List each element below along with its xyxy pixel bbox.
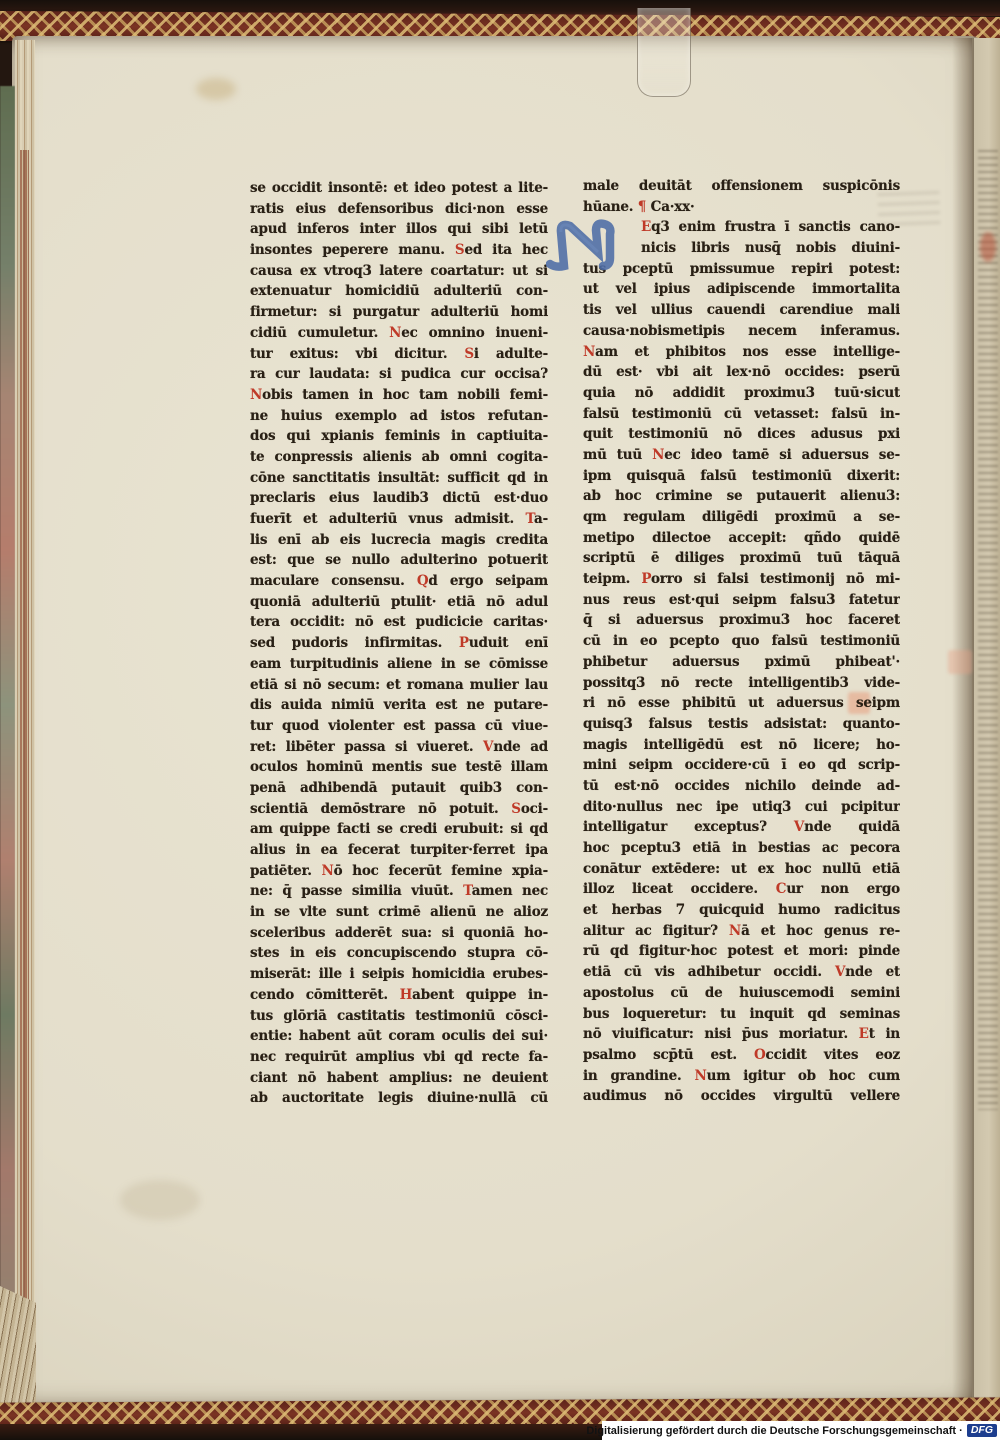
text-line: causa·nobismetipis necem inferamus. [583,321,900,342]
text-line: nus reus est·qui seipm falsu3 fatetur [583,590,900,611]
text-line: fuerīt et adulteriū vnus admisit. Ta- [250,509,548,530]
text-line: ratis eius defensoribus dici·non esse [250,199,548,220]
text-line: maculare consensu. Qd ergo seipam [250,571,548,592]
text-line: etiā si nō secum: et romana mulier lau [250,675,548,696]
text-line: tus glōriā castitatis testimoniū cōsci- [250,1006,548,1027]
text-line: se occidit insontē: et ideo potest a lit… [250,178,548,199]
text-line: apostolus cū de huiuscemodi semini [583,983,900,1004]
text-line: cōne sanctitatis insultāt: sufficit qd i… [250,468,548,489]
text-line: tus pceptū pmissumue repiri potest: [583,259,900,280]
text-line: am quippe facti se credi erubuit: si qd [250,819,548,840]
text-line: et herbas 7 quicquid humo radicitus [583,900,900,921]
text-line: magis intelligēdū est nō licere; ho- [583,735,900,756]
text-line: conātur extēdere: ut ex hoc nullū etiā [583,859,900,880]
page-fold-shadow [952,38,974,1408]
text-line: quit testimoniū nō dices adusus pxi [583,424,900,445]
digitization-credit-bar: Digitalisierung gefördert durch die Deut… [602,1421,1000,1440]
text-line: rū qd figitur·hoc potest et mori: pinde [583,941,900,962]
facing-page-illumination-sliver [0,86,15,1376]
text-line: dis auida nimiū verita est ne putare- [250,695,548,716]
cover-edge-bottom [0,1424,620,1440]
text-line: in se vlte sunt crimē alienū ne alioz [250,902,548,923]
text-line: apud inferos inter illos qui sibi letū [250,219,548,240]
credit-text: Digitalisierung gefördert durch die Deut… [586,1425,963,1437]
text-line: quia nō addidit proximu3 tuū·sicut [583,383,900,404]
text-line: preclaris eius laudib3 dictū est·duo [250,488,548,509]
text-line: entie: habent aūt coram oculis dei sui· [250,1026,548,1047]
text-line: cendo cōmitterēt. Habent quippe in- [250,985,548,1006]
text-line: metipo dilectoe accepit: qñdo quidē [583,528,900,549]
text-line: teipm. Porro si falsi testimonij nō mi- [583,569,900,590]
text-line: ciant nō habent amplius: ne deuient [250,1068,548,1089]
text-line: bus loqueretur: tu inquit qd seminas [583,1004,900,1025]
text-line: causa ex vtroq3 latere coartatur: ut si [250,261,548,282]
text-line: cidiū cumuletur. Nec omnino inueni- [250,323,548,344]
text-line: ut vel ipius adipiscende immortalita [583,279,900,300]
text-line: lis enī ab eis lucrecia magis credita [250,530,548,551]
text-line: phibetur aduersus pximū phibeat'· [583,652,900,673]
text-line: male deuitāt offensionem suspicōnis [583,176,900,197]
dfg-logo: DFG [967,1424,997,1438]
text-line: ne: q̄ passe similia viuūt. Tamen nec [250,881,548,902]
text-line: intelligatur exceptus? Vnde quidā [583,817,900,838]
leaf-edge-red-lines [20,150,29,1300]
text-line: etiā cū vis adhibetur occidi. Vnde et [583,962,900,983]
text-column-left: se occidit insontē: et ideo potest a lit… [250,178,548,1109]
text-line: penā adhibendā putauit quib3 con- [250,778,548,799]
text-line: patiēter. Nō hoc fecerūt femine xpia- [250,861,548,882]
text-line: tū est·nō occides nichilo deinde ad- [583,776,900,797]
text-line: miserāt: ille i seipis homicidia erubes- [250,964,548,985]
text-line: tis vel ullius cauendi carendiue mali [583,300,900,321]
text-line: scientiā demōstrare nō potuit. Soci- [250,799,548,820]
text-line: ab hoc crimine se putauerit alienu3: [583,486,900,507]
text-line: possitq3 nō recte intelligentib3 vide- [583,673,900,694]
text-line: Eq3 enim frustra ī sanctis cano- [583,217,900,238]
text-line: nicis libris nusq̄ nobis diuini- [583,238,900,259]
text-line: alitur ac figitur? Nā et hoc genus re- [583,921,900,942]
text-line: ipm quisquā falsū testimoniū dixerit: [583,466,900,487]
next-leaf-showthrough-text [978,150,998,1110]
text-line: Nobis tamen in hoc tam nobili femi- [250,385,548,406]
text-line: firmetur: si purgatur adulteriū homi [250,302,548,323]
text-line: dos qui xpianis feminis in captiuita- [250,426,548,447]
text-line: te conpressis alienis ab omni cogita- [250,447,548,468]
text-line: qm regulam diligēdi proximū a se- [583,507,900,528]
text-line: scriptū ē diliges proximū tuū tāquā [583,548,900,569]
text-line: extenuatur homicidiū adulteriū con- [250,281,548,302]
text-line: alius in ea fecerat turpiter·ferret ipa [250,840,548,861]
initial-N-icon [546,214,626,276]
text-line: quoniā adulteriū ptulit· etiā nō adul [250,592,548,613]
text-line: sceleribus adderēt sua: si quoniā ho- [250,923,548,944]
text-line: tur exitus: vbi dicitur. Si adulte- [250,344,548,365]
text-line: ne huius exemplo ad istos refutan- [250,406,548,427]
text-line: psalmo scp̄tū est. Occidit vites eoz [583,1045,900,1066]
text-line: nō viuificatur: nisi p̄us moriatur. Et i… [583,1024,900,1045]
text-line: tur quod violenter est passa cū viue- [250,716,548,737]
text-line: nec requirūt amplius vbi qd recte fa- [250,1047,548,1068]
text-line: dū est· vbi ait lex·nō occides: pserū [583,362,900,383]
paper-stain [120,1180,200,1220]
text-line: hūane. ¶ Ca·xx· [583,197,900,218]
text-line: cū in eo pcepto quo falsū testimoniū [583,631,900,652]
next-leaf-red-initial-smudge [980,232,996,262]
text-line: ret: libēter passa si viueret. Vnde ad [250,737,548,758]
red-ink-offset-smudge [948,650,972,674]
text-line: quisq3 falsus testis adsistat: quanto- [583,714,900,735]
text-line: tera occidit: nō est pudicicie caritas· [250,612,548,633]
text-line: sed pudoris infirmitas. Puduit enī [250,633,548,654]
text-line: est: que se nullo adulterino potuerit [250,550,548,571]
paper-stain [196,78,236,100]
text-line: eam turpitudinis aliene in se cōmisse [250,654,548,675]
text-line: dito·nullus nec ipe utiq3 cui pcipitur [583,797,900,818]
text-line: in grandine. Num igitur ob hoc cum [583,1066,900,1087]
text-line: mū tuū Nec ideo tamē si aduersus se- [583,445,900,466]
text-line: insontes peperere manu. Sed ita hec [250,240,548,261]
text-line: illoz liceat occidere. Cur non ergo [583,879,900,900]
text-column-right: male deuitāt offensionem suspicōnishūane… [583,176,900,1107]
text-line: Nam et phibitos nos esse intellige- [583,342,900,363]
text-line: mini seipm occidere·cū ī eo qd scrip- [583,755,900,776]
book-scan-page: se occidit insontē: et ideo potest a lit… [0,0,1000,1440]
text-line: hoc pceptu3 etiā in bestias ac pecora [583,838,900,859]
text-line: ri nō esse phibitū ut aduersus seipm [583,693,900,714]
text-line: ab auctoritate legis diuine·nullā cū [250,1088,548,1109]
text-line: falsū testimoniū cū vetasset: falsū in- [583,404,900,425]
text-line: audimus nō occides virgultū vellere [583,1086,900,1107]
text-line: q̄ si aduersus proximu3 hoc faceret [583,610,900,631]
bookmark-tab [637,8,691,97]
text-line: stes in eis concupiscendo stupra cō- [250,943,548,964]
text-line: ra cur laudata: si pudica cur occisa? [250,364,548,385]
text-line: oculos hominū mentis sue testē illam [250,757,548,778]
